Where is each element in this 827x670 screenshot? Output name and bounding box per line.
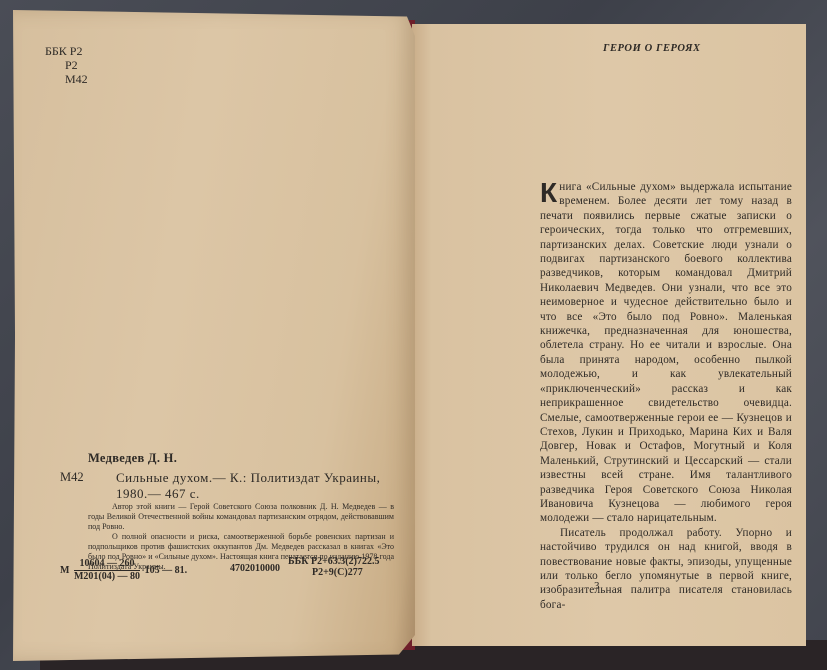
annotation-paragraph: Автор этой книги — Герой Советского Союз… (88, 502, 394, 532)
bbk-classification-bottom: ББК Р2+63.3(2)722.5 Р2+9(С)277 (288, 556, 379, 578)
page-number: 3 (594, 580, 600, 592)
paragraph: Писатель продолжал работу. Упорно и наст… (540, 526, 792, 612)
bbk-line: М42 (45, 72, 88, 86)
catalog-suffix: 105 — 81. (145, 565, 188, 576)
paragraph: Книга «Сильные духом» выдержала испытани… (540, 180, 792, 526)
running-head: ГЕРОИ О ГЕРОЯХ (603, 43, 701, 54)
bbk-line: Р2 (45, 58, 88, 72)
isbn-code: 4702010000 (230, 563, 280, 574)
catalog-prefix: М (60, 565, 69, 576)
bbk-classification-top: ББК Р2 Р2 М42 (45, 44, 88, 86)
bbk-label: ББК (288, 556, 308, 567)
fraction-numerator: 10604 — 260 (74, 558, 140, 571)
fraction-denominator: М201(04) — 80 (74, 571, 140, 583)
bbk-line: ББК Р2 (45, 44, 88, 58)
paragraph-text: нига «Сильные духом» выдержала испытание… (540, 181, 792, 524)
fraction: 10604 — 260 М201(04) — 80 (74, 558, 140, 583)
body-text: Книга «Сильные духом» выдержала испытани… (540, 180, 792, 612)
catalog-fraction: М 10604 — 260 М201(04) — 80 105 — 81. (60, 558, 187, 583)
bbk-line: Р2+9(С)277 (312, 567, 363, 578)
title-imprint: Сильные духом.— К.: Политиздат Украины, … (116, 470, 398, 502)
bbk-line: Р2+63.3(2)722.5 (311, 556, 379, 567)
catalog-code: М42 (60, 470, 84, 485)
author-name: Медведев Д. Н. (88, 451, 177, 466)
drop-cap: К (540, 181, 557, 205)
